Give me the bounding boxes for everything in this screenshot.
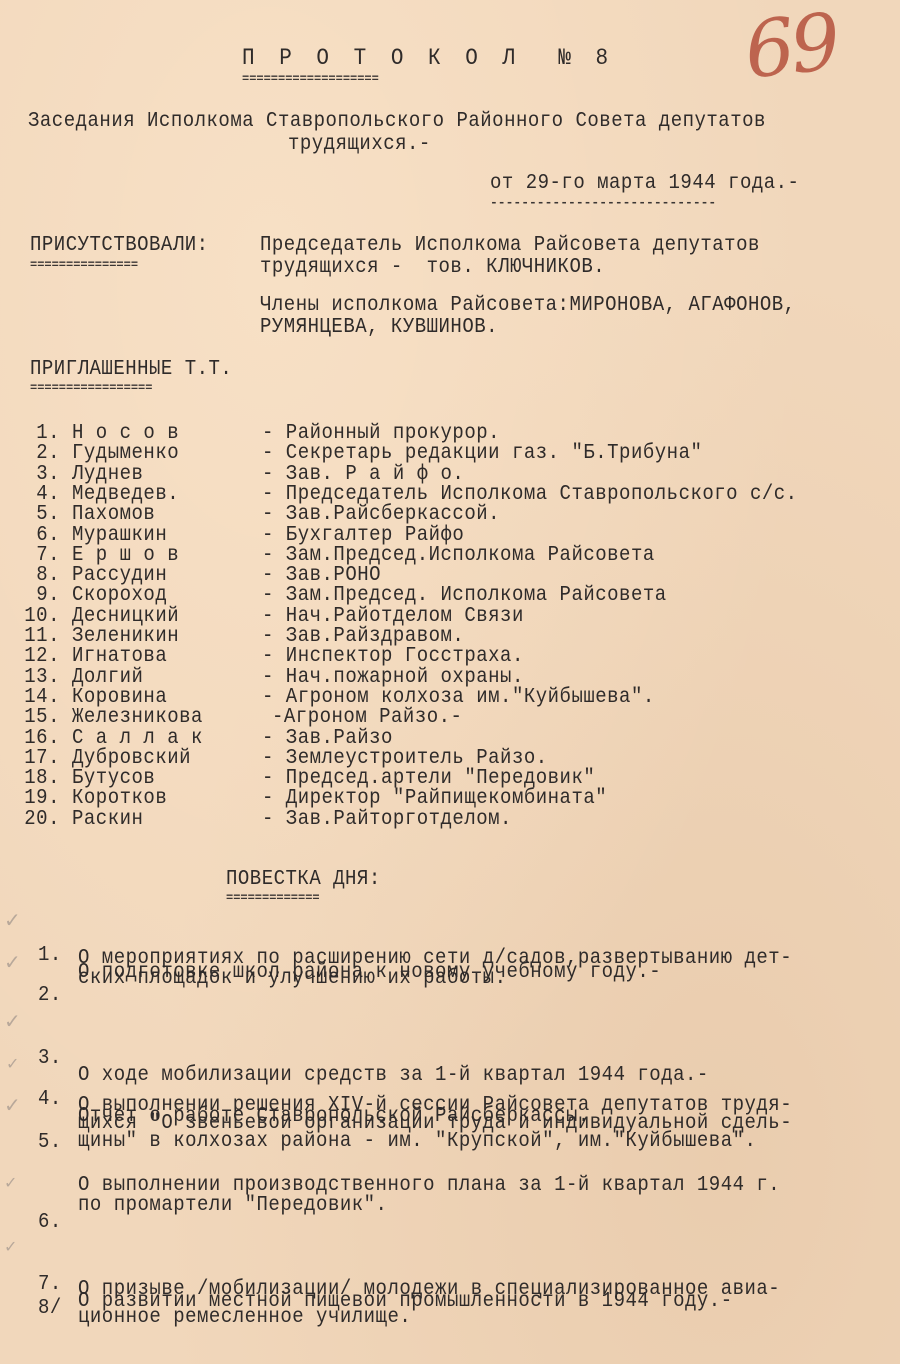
agenda-item: ✓ 7. О развитии местной пищевой промышле… bbox=[0, 1235, 900, 1259]
document-title: П Р О Т О К О Л № 8 bbox=[242, 46, 614, 72]
agenda-text-line: О призыве /мобилизации/ молодежи в специ… bbox=[78, 1277, 780, 1301]
agenda-number: 6. bbox=[38, 1209, 62, 1234]
invited-name: Раскин bbox=[72, 806, 143, 831]
agenda-label: ПОВЕСТКА ДНЯ: bbox=[226, 866, 381, 891]
agenda-item: ✓ 3. О ходе мобилизации средств за 1-й к… bbox=[0, 1009, 900, 1033]
subtitle-line-1: Заседания Исполкома Ставропольского Райо… bbox=[28, 108, 766, 133]
agenda-text-line: по промартели "Передовик". bbox=[78, 1193, 387, 1217]
checkmark-icon: ✓ bbox=[6, 1054, 19, 1073]
agenda-item: 8/ О призыве /мобилизации/ молодежи в сп… bbox=[0, 1277, 900, 1325]
agenda-item: ✓ 4. Отчет о работе Ставропольской Райсб… bbox=[0, 1050, 900, 1074]
checkmark-icon: ✓ bbox=[4, 1173, 17, 1192]
agenda-item: ✓ 6. О выполнении производственного план… bbox=[0, 1173, 900, 1217]
checkmark-icon: ✓ bbox=[4, 908, 21, 932]
checkmark-icon: ✓ bbox=[4, 950, 21, 974]
present-chair-line-1: Председатель Исполкома Райсовета депутат… bbox=[260, 232, 760, 257]
agenda-number: 2. bbox=[38, 982, 62, 1007]
title-rule: =================== bbox=[242, 72, 379, 86]
agenda-number: 8/ bbox=[38, 1295, 62, 1320]
invited-label: ПРИГЛАШЕННЫЕ Т.Т. bbox=[30, 356, 232, 381]
agenda-number: 5. bbox=[38, 1129, 62, 1154]
agenda-text-line: щины" в колхозах района - им. "Крупской"… bbox=[78, 1129, 756, 1153]
agenda-item: ✓ 1. О подготовке школ района к новому у… bbox=[0, 906, 900, 930]
present-members-line-2: РУМЯНЦЕВА, КУВШИНОВ. bbox=[260, 314, 498, 339]
agenda-label-rule: ============= bbox=[226, 891, 320, 905]
present-label: ПРИСУТСТВОВАЛИ: bbox=[30, 232, 209, 257]
checkmark-icon: ✓ bbox=[4, 1009, 21, 1033]
present-label-rule: =============== bbox=[30, 258, 138, 272]
agenda-text-line: ских площадок и улучшению их работы. bbox=[78, 966, 506, 990]
agenda-text-line: ционное ремесленное училище. bbox=[78, 1305, 411, 1329]
invited-list: 1.Н о с о в- Районный прокурор. 2.Гудыме… bbox=[0, 420, 900, 840]
agenda-item: ✓ 2. О мероприятиях по расширению сети д… bbox=[0, 946, 900, 990]
date-rule: ----------------------------- bbox=[490, 195, 716, 210]
checkmark-icon: ✓ bbox=[4, 1237, 17, 1256]
invited-role: - Зав.Райторготделом. bbox=[262, 806, 512, 831]
present-chair-line-2: трудящихся - тов. КЛЮЧНИКОВ. bbox=[260, 254, 605, 279]
protocol-page: 69 П Р О Т О К О Л № 8 =================… bbox=[0, 0, 900, 1364]
invited-row: 20.Раскин- Зав.Райторготделом. bbox=[0, 806, 900, 830]
folio-number: 69 bbox=[741, 0, 841, 97]
present-members-line-1: Члены исполкома Райсовета:МИРОНОВА, АГАФ… bbox=[260, 292, 796, 317]
invited-number: 20. bbox=[0, 806, 60, 831]
invited-label-rule: ================= bbox=[30, 381, 152, 395]
agenda-item: ✓ 5. О выполнении решения XIV-й сессии Р… bbox=[0, 1093, 900, 1157]
subtitle-line-2: трудящихся.- bbox=[288, 131, 431, 156]
checkmark-icon: ✓ bbox=[4, 1093, 21, 1117]
meeting-date: от 29-го марта 1944 года.- bbox=[490, 170, 799, 195]
